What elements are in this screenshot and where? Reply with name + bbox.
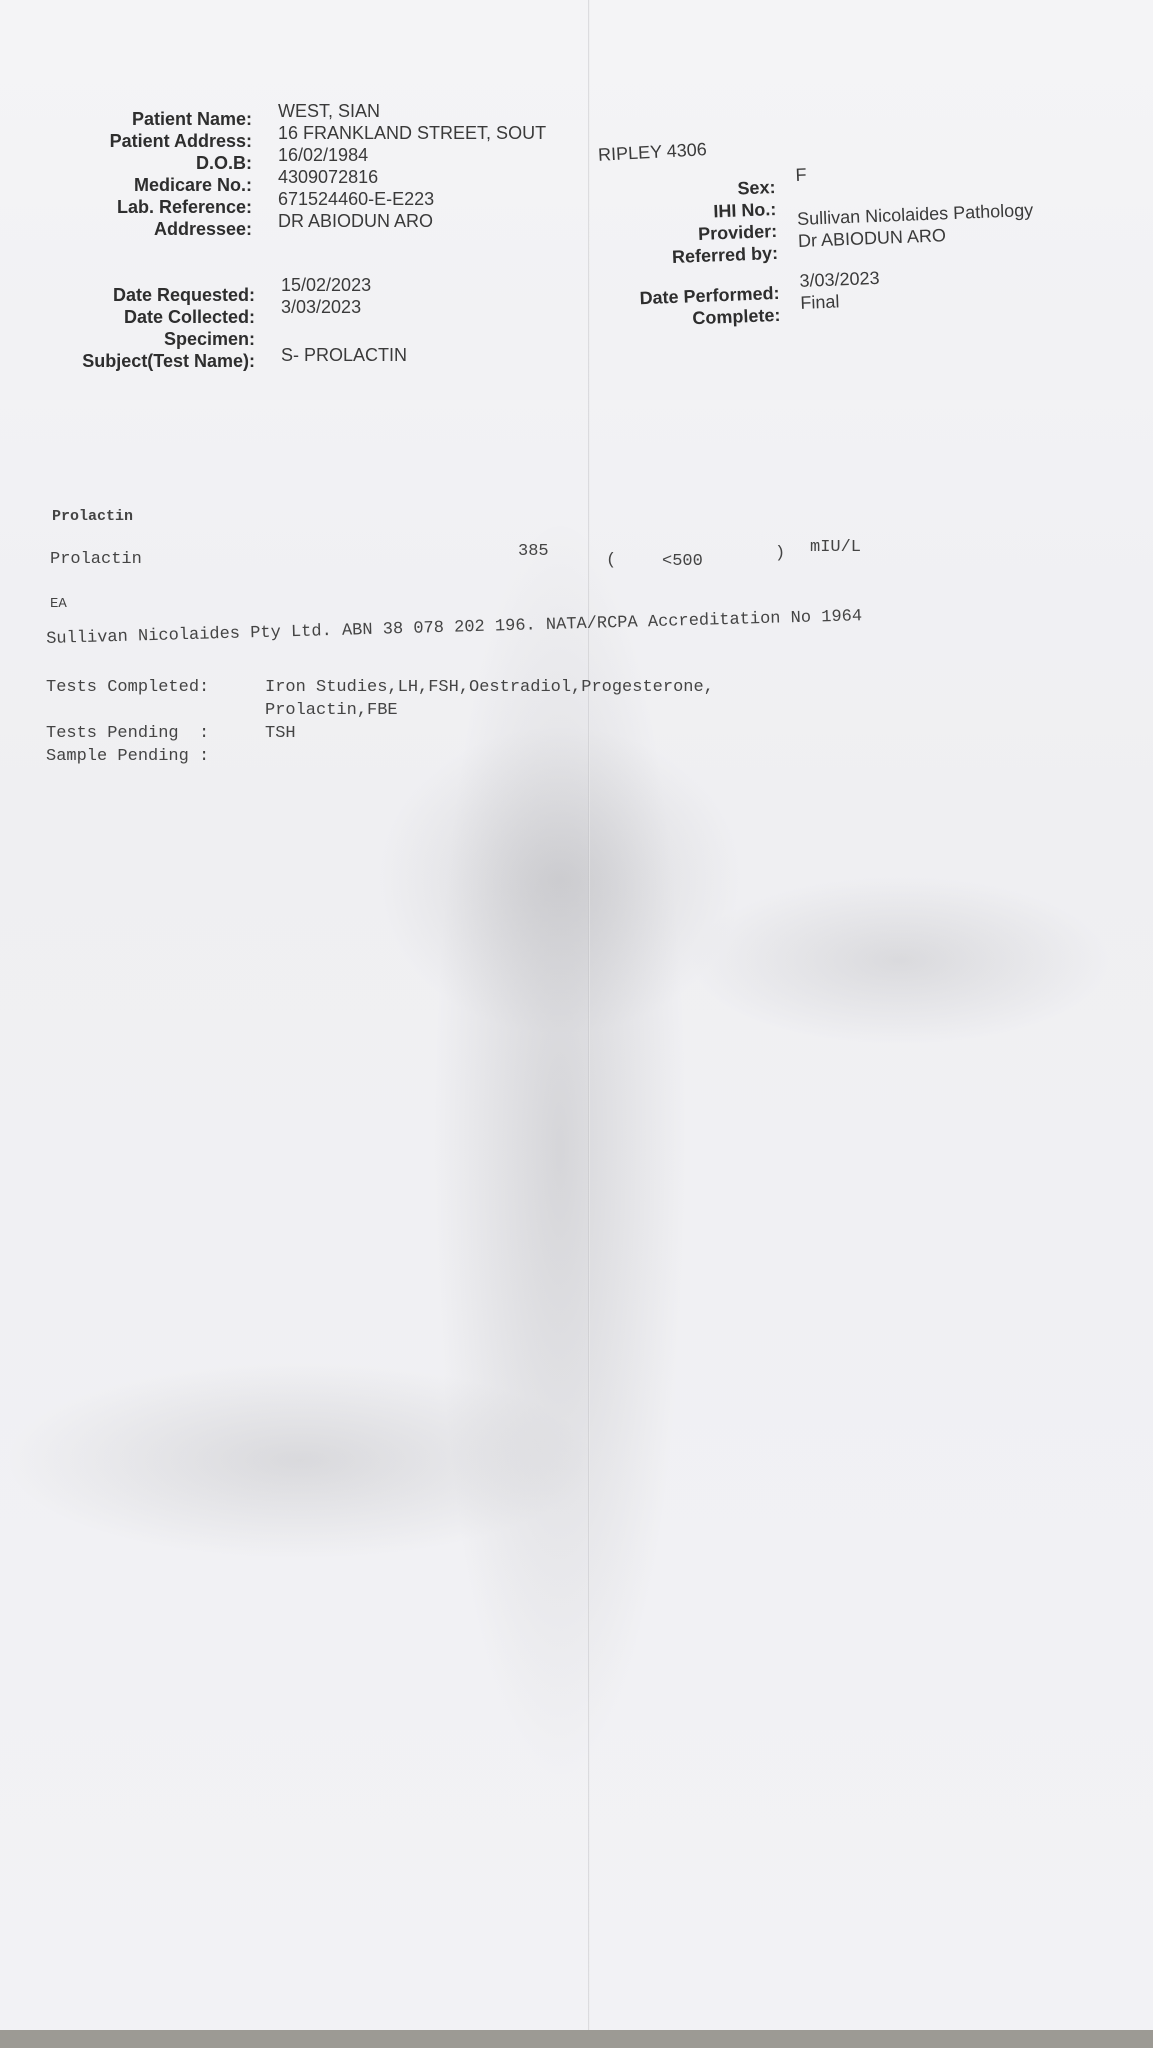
- result-open-paren: (: [606, 551, 616, 570]
- patient-labels: Patient Name: Patient Address: D.O.B: Me…: [40, 107, 252, 239]
- right-labels: Sex: IHI No.: Provider: Referred by: Dat…: [560, 175, 781, 333]
- result-test-name: Prolactin: [50, 550, 142, 569]
- right-values: F Sullivan Nicolaides Pathology Dr ABIOD…: [795, 154, 1037, 313]
- subject-test-name: S- PROLACTIN: [281, 343, 407, 365]
- date-requested-label: Date Requested:: [40, 283, 255, 305]
- date-requested: 15/02/2023: [281, 273, 407, 295]
- verifier-initials: EA: [50, 596, 67, 612]
- dob-label: D.O.B:: [40, 151, 252, 173]
- result-reference-range: <500: [662, 552, 703, 571]
- request-labels: Date Requested: Date Collected: Specimen…: [40, 283, 255, 371]
- specimen-label: Specimen:: [40, 327, 255, 349]
- date-collected: 3/03/2023: [281, 295, 407, 317]
- medicare-number: 4309072816: [278, 165, 546, 187]
- patient-values: WEST, SIAN 16 FRANKLAND STREET, SOUT 16/…: [278, 99, 546, 231]
- lab-reference-label: Lab. Reference:: [40, 195, 252, 217]
- result-value: 385: [518, 542, 549, 561]
- company-accreditation: Sullivan Nicolaides Pty Ltd. ABN 38 078 …: [46, 607, 862, 649]
- addressee-label: Addressee:: [40, 217, 252, 239]
- sample-pending-label: Sample Pending :: [46, 747, 209, 766]
- result-unit: mIU/L: [810, 538, 861, 557]
- medicare-label: Medicare No.:: [40, 173, 252, 195]
- date-collected-label: Date Collected:: [40, 305, 255, 327]
- patient-name: WEST, SIAN: [278, 99, 546, 121]
- patient-address-label: Patient Address:: [40, 129, 252, 151]
- tests-completed-line-2: Prolactin,FBE: [265, 701, 398, 720]
- patient-address-continued: RIPLEY 4306: [597, 137, 707, 167]
- result-section-title: Prolactin: [52, 508, 133, 525]
- patient-address: 16 FRANKLAND STREET, SOUT: [278, 121, 546, 143]
- request-values: 15/02/2023 3/03/2023 S- PROLACTIN: [281, 273, 407, 365]
- specimen: [281, 317, 407, 339]
- tests-pending: TSH: [265, 724, 296, 743]
- subject-label: Subject(Test Name):: [40, 349, 255, 371]
- tests-completed-label: Tests Completed:: [46, 678, 209, 697]
- tests-pending-label: Tests Pending :: [46, 724, 209, 743]
- patient-name-label: Patient Name:: [40, 107, 252, 129]
- tests-completed-line-1: Iron Studies,LH,FSH,Oestradiol,Progester…: [265, 678, 714, 697]
- addressee: DR ABIODUN ARO: [278, 209, 546, 231]
- lab-reference: 671524460-E-E223: [278, 187, 546, 209]
- result-close-paren: ): [775, 544, 785, 563]
- dob: 16/02/1984: [278, 143, 546, 165]
- lab-report-page: Patient Name: Patient Address: D.O.B: Me…: [0, 0, 1153, 2030]
